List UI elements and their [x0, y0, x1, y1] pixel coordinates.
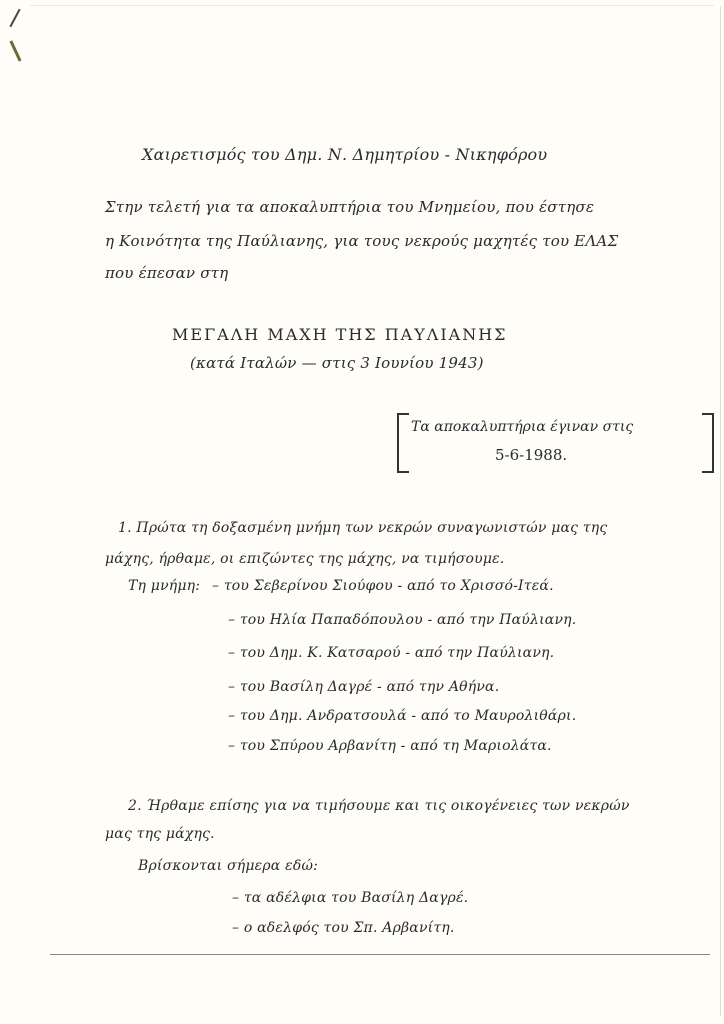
family-item: – ο αδελφός του Σπ. Αρβανίτη.: [232, 920, 455, 936]
note-date: 5-6-1988.: [495, 446, 567, 464]
battle-subtitle: (κατά Ιταλών — στις 3 Ιουνίου 1943): [190, 354, 484, 372]
section1-line-2: μάχης, ήρθαμε, οι επιζώντες της μάχης, ν…: [105, 551, 505, 567]
present-label: Βρίσκονται σήμερα εδώ:: [138, 858, 318, 874]
section1-line-1: 1. Πρώτα τη δοξασμένη μνήμη των νεκρών σ…: [118, 520, 607, 536]
horizontal-rule: [50, 954, 710, 955]
family-item: – τα αδέλφια του Βασίλη Δαγρέ.: [232, 890, 468, 906]
page-edge-right: [720, 6, 721, 1016]
unveiling-date-note: Τα αποκαλυπτήρια έγιναν στις 5-6-1988.: [397, 413, 714, 473]
page-edge-top: [30, 5, 714, 6]
fallen-item: – του Δημ. Ανδρατσουλά - από το Μαυρολιθ…: [228, 708, 576, 724]
document-page: Χαιρετισμός του Δημ. Ν. Δημητρίου - Νικη…: [0, 0, 724, 1024]
document-heading: Χαιρετισμός του Δημ. Ν. Δημητρίου - Νικη…: [142, 145, 547, 164]
intro-line-3: που έπεσαν στη: [105, 264, 228, 282]
staple-mark: [9, 40, 21, 61]
memory-label: Τη μνήμη:: [128, 578, 200, 594]
fallen-item: – του Σεβερίνου Σιούφου - από το Χρισσό-…: [212, 578, 554, 594]
fallen-item: – του Ηλία Παπαδόπουλου - από την Παύλια…: [228, 612, 576, 628]
section2-line-2: μας της μάχης.: [105, 826, 215, 842]
battle-title: ΜΕΓΑΛΗ ΜΑΧΗ ΤΗΣ ΠΑΥΛΙΑΝΗΣ: [172, 325, 507, 344]
pen-mark: [9, 9, 20, 28]
fallen-item: – του Σπύρου Αρβανίτη - από τη Μαριολάτα…: [228, 738, 552, 754]
fallen-item: – του Βασίλη Δαγρέ - από την Αθήνα.: [228, 679, 499, 695]
intro-line-1: Στην τελετή για τα αποκαλυπτήρια του Μνη…: [105, 198, 594, 216]
section2-line-1: 2. Ήρθαμε επίσης για να τιμήσουμε και τι…: [128, 798, 630, 814]
intro-line-2: η Κοινότητα της Παύλιανης, για τους νεκρ…: [105, 232, 618, 250]
note-text: Τα αποκαλυπτήρια έγιναν στις: [411, 419, 633, 435]
fallen-item: – του Δημ. Κ. Κατσαρού - από την Παύλιαν…: [228, 645, 554, 661]
